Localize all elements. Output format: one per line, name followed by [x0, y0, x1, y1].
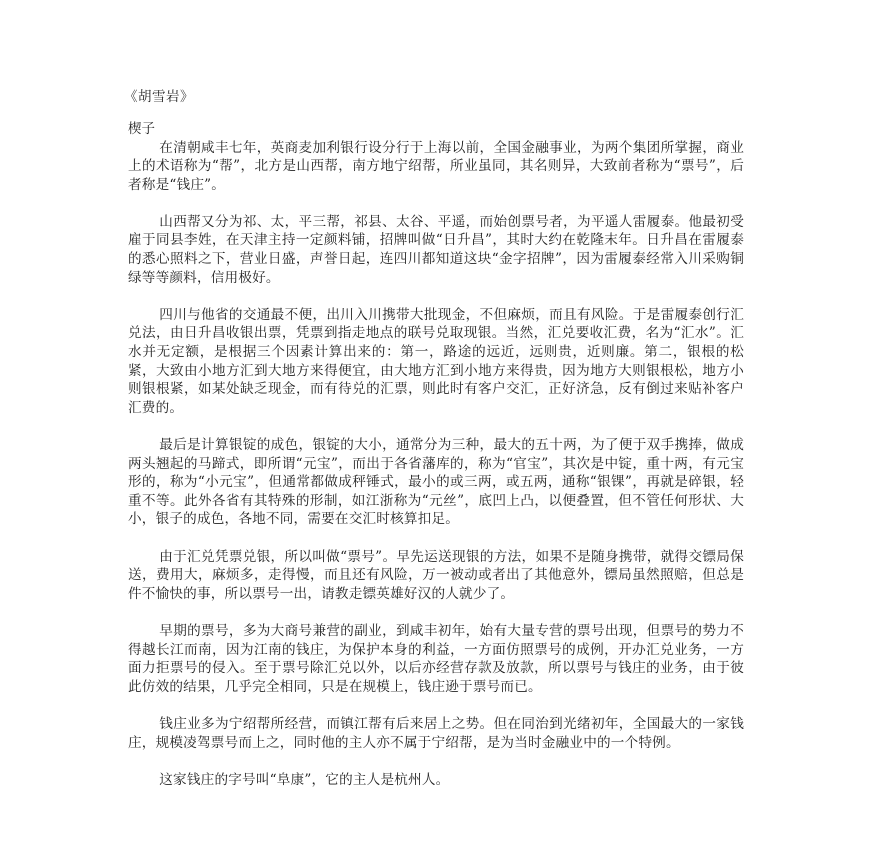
paragraph-1: 在清朝咸丰七年，英商麦加利银行设分行于上海以前，全国金融事业，为两个集团所掌握，…: [128, 139, 744, 195]
book-title: 《胡雪岩》: [124, 88, 744, 106]
paragraph-8: 这家钱庄的字号叫“阜康”，它的主人是杭州人。: [128, 771, 744, 790]
paragraph-6: 早期的票号，多为大商号兼营的副业，到咸丰初年，始有大量专营的票号出现，但票号的势…: [128, 622, 744, 696]
document-page: 《胡雪岩》 楔子 在清朝咸丰七年，英商麦加利银行设分行于上海以前，全国金融事业，…: [128, 88, 744, 808]
paragraph-4: 最后是计算银锭的成色，银锭的大小，通常分为三种，最大的五十两，为了便于双手携捧，…: [128, 436, 744, 529]
chapter-title: 楔子: [128, 120, 744, 139]
paragraph-3: 四川与他省的交通最不便，出川入川携带大批现金，不但麻烦，而且有风险。于是雷履泰创…: [128, 306, 744, 418]
paragraph-2: 山西帮又分为祁、太，平三帮，祁县、太谷、平遥，而始创票号者，为平遥人雷履泰。他最…: [128, 213, 744, 287]
paragraph-7: 钱庄业多为宁绍帮所经营，而镇江帮有后来居上之势。但在同治到光绪初年，全国最大的一…: [128, 715, 744, 752]
paragraph-5: 由于汇兑凭票兑银，所以叫做“票号”。早先运送现银的方法，如果不是随身携带，就得交…: [128, 548, 744, 604]
